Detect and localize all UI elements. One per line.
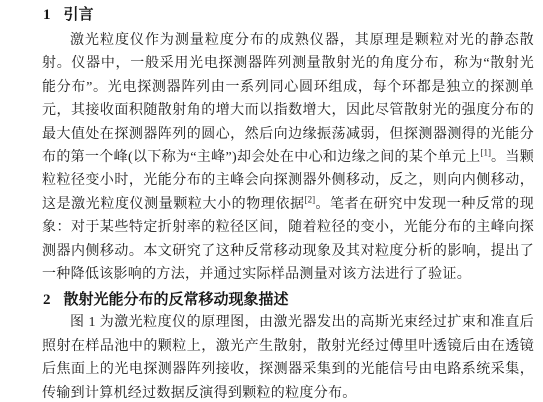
section-2-number: 2: [43, 290, 51, 310]
section-2-heading: 2散射光能分布的反常移动现象描述: [43, 290, 534, 310]
section-1-paragraph: 激光粒度仪作为测量粒度分布的成熟仪器，其原理是颗粒对光的静态散射。仪器中，一般采…: [42, 29, 534, 286]
section-2-paragraph: 图 1 为激光粒度仪的原理图，由激光器发出的高斯光束经过扩束和准直后照射在样品池…: [42, 311, 534, 402]
citation-ref-1: [1]: [481, 147, 492, 157]
section-1-heading: 1引言: [43, 5, 534, 25]
citation-ref-2: [2]: [305, 194, 316, 204]
paragraph-text: 激光粒度仪作为测量粒度分布的成熟仪器，其原理是颗粒对光的静态散射。仪器中，一般采…: [42, 33, 534, 165]
section-2-title: 散射光能分布的反常移动现象描述: [64, 290, 289, 310]
section-1-title: 引言: [64, 5, 94, 25]
document-page: 1引言 激光粒度仪作为测量粒度分布的成熟仪器，其原理是颗粒对光的静态散射。仪器中…: [0, 0, 543, 402]
section-1-number: 1: [43, 5, 51, 25]
